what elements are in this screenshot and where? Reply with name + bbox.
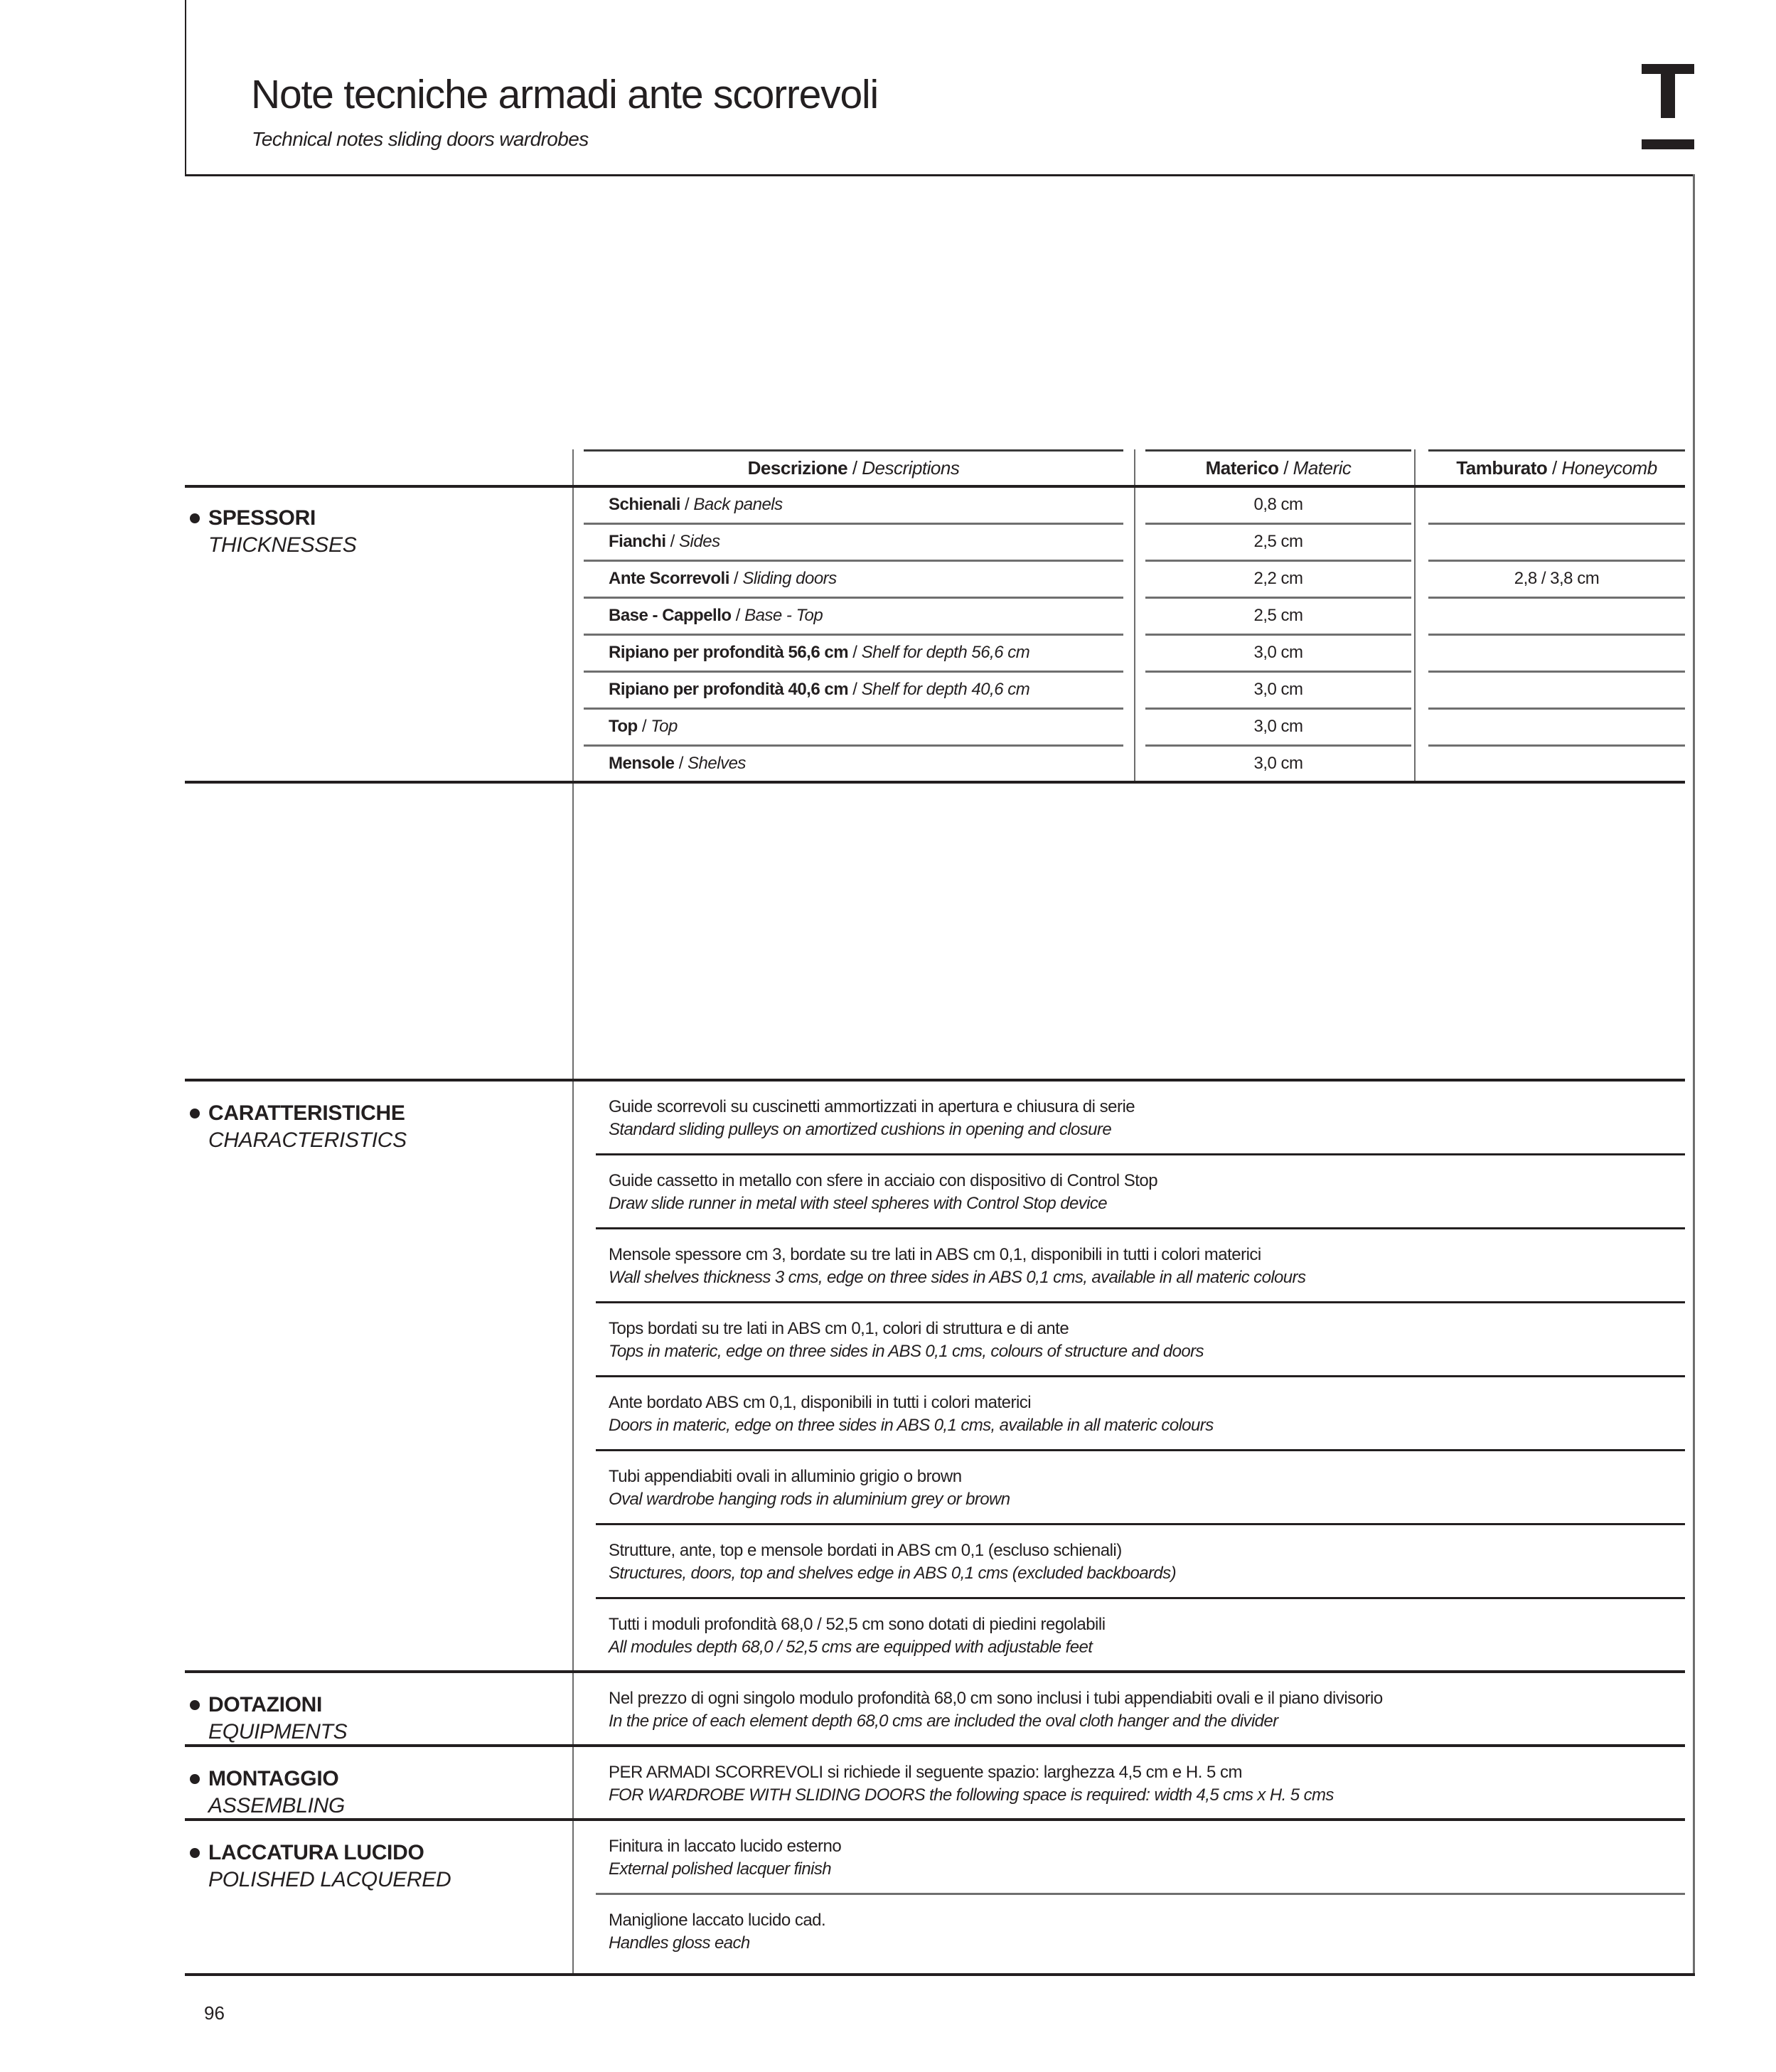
section-top-rule bbox=[185, 1079, 1685, 1082]
note-text-it: Mensole spessore cm 3, bordate su tre la… bbox=[609, 1244, 1675, 1266]
text-en: Sides bbox=[679, 532, 720, 551]
note-text-it: Tutti i moduli profondità 68,0 / 52,5 cm… bbox=[609, 1613, 1675, 1636]
note-text-it: Finitura in laccato lucido esterno bbox=[609, 1835, 1675, 1858]
bullet-icon bbox=[190, 1774, 200, 1784]
note-text-en: Doors in materic, edge on three sides in… bbox=[609, 1414, 1675, 1437]
separator: / bbox=[729, 569, 743, 588]
section-title-it: DOTAZIONI bbox=[208, 1693, 322, 1717]
note-text-en: External polished lacquer finish bbox=[609, 1858, 1675, 1881]
note-rule bbox=[596, 1893, 1685, 1895]
cell-description: Schienali / Back panels bbox=[609, 486, 783, 523]
header-bottom-rule bbox=[185, 174, 1695, 176]
note-text-en: Wall shelves thickness 3 cms, edge on th… bbox=[609, 1266, 1675, 1289]
separator: / bbox=[848, 643, 862, 662]
column-header: Tamburato / Honeycomb bbox=[1428, 449, 1685, 486]
text-it: Ripiano per profondità 40,6 cm bbox=[609, 680, 848, 699]
separator: / bbox=[666, 532, 680, 551]
separator: / bbox=[847, 457, 862, 479]
text-it: Top bbox=[609, 717, 638, 736]
cell-materic: 3,0 cm bbox=[1145, 671, 1411, 708]
cell-honeycomb: 2,8 / 3,8 cm bbox=[1428, 560, 1685, 597]
note-text-it: Nel prezzo di ogni singolo modulo profon… bbox=[609, 1687, 1675, 1710]
text-en: Descriptions bbox=[862, 457, 959, 479]
text-it: Schienali bbox=[609, 495, 680, 514]
column-header: Materico / Materic bbox=[1145, 449, 1411, 486]
separator: / bbox=[1279, 457, 1293, 479]
column-header: Descrizione / Descriptions bbox=[584, 449, 1123, 486]
note-text-it: Ante bordato ABS cm 0,1, disponibili in … bbox=[609, 1392, 1675, 1414]
section-rule bbox=[185, 1744, 1685, 1747]
bullet-icon bbox=[190, 1848, 200, 1858]
note-item: Guide scorrevoli su cuscinetti ammortizz… bbox=[609, 1096, 1675, 1141]
cell-description: Top / Top bbox=[609, 708, 678, 745]
cell-materic: 3,0 cm bbox=[1145, 745, 1411, 782]
note-item: Strutture, ante, top e mensole bordati i… bbox=[609, 1539, 1675, 1585]
note-text-en: Tops in materic, edge on three sides in … bbox=[609, 1340, 1675, 1363]
separator: / bbox=[680, 495, 694, 514]
note-text-it: PER ARMADI SCORREVOLI si richiede il seg… bbox=[609, 1761, 1675, 1784]
text-en: Materic bbox=[1293, 457, 1352, 479]
cell-materic: 3,0 cm bbox=[1145, 634, 1411, 671]
section-title-en: ASSEMBLING bbox=[208, 1794, 345, 1818]
cell-description: Ripiano per profondità 40,6 cm / Shelf f… bbox=[609, 671, 1029, 708]
section-title-it: CARATTERISTICHE bbox=[208, 1101, 405, 1126]
cell-honeycomb bbox=[1428, 708, 1685, 745]
column-divider-honeycomb bbox=[1414, 449, 1416, 782]
note-text-en: Handles gloss each bbox=[609, 1932, 1675, 1955]
section-title-it: LACCATURA LUCIDO bbox=[208, 1841, 424, 1865]
cell-materic: 0,8 cm bbox=[1145, 486, 1411, 523]
note-text-it: Guide scorrevoli su cuscinetti ammortizz… bbox=[609, 1096, 1675, 1118]
page-number: 96 bbox=[204, 2002, 225, 2024]
frame-bottom-rule bbox=[185, 1973, 1695, 1976]
cell-materic: 2,5 cm bbox=[1145, 523, 1411, 560]
column-divider-materic bbox=[1134, 449, 1135, 782]
text-en: Sliding doors bbox=[742, 569, 836, 588]
note-rule bbox=[596, 1375, 1685, 1377]
text-en: Shelves bbox=[688, 754, 746, 773]
bullet-icon bbox=[190, 1109, 200, 1118]
note-text-it: Tubi appendiabiti ovali in alluminio gri… bbox=[609, 1465, 1675, 1488]
note-item: PER ARMADI SCORREVOLI si richiede il seg… bbox=[609, 1761, 1675, 1807]
note-rule bbox=[596, 1449, 1685, 1451]
note-text-it: Strutture, ante, top e mensole bordati i… bbox=[609, 1539, 1675, 1562]
cell-honeycomb bbox=[1428, 523, 1685, 560]
note-text-en: Oval wardrobe hanging rods in aluminium … bbox=[609, 1488, 1675, 1511]
note-item: Nel prezzo di ogni singolo modulo profon… bbox=[609, 1687, 1675, 1733]
page-subtitle: Technical notes sliding doors wardrobes bbox=[252, 128, 589, 151]
cell-materic: 2,2 cm bbox=[1145, 560, 1411, 597]
cell-honeycomb bbox=[1428, 597, 1685, 634]
note-text-en: FOR WARDROBE WITH SLIDING DOORS the foll… bbox=[609, 1784, 1675, 1807]
text-it: Ante Scorrevoli bbox=[609, 569, 729, 588]
text-en: Back panels bbox=[693, 495, 782, 514]
text-en: Top bbox=[651, 717, 678, 736]
section-title-it: SPESSORI bbox=[208, 506, 316, 530]
note-rule bbox=[596, 1597, 1685, 1599]
text-it: Ripiano per profondità 56,6 cm bbox=[609, 643, 848, 662]
text-it: Descrizione bbox=[748, 457, 847, 479]
note-item: Guide cassetto in metallo con sfere in a… bbox=[609, 1170, 1675, 1215]
note-rule bbox=[596, 1153, 1685, 1155]
frame-left-border bbox=[185, 0, 186, 176]
note-item: Tutti i moduli profondità 68,0 / 52,5 cm… bbox=[609, 1613, 1675, 1659]
bullet-icon bbox=[190, 1700, 200, 1710]
text-it: Base - Cappello bbox=[609, 606, 732, 625]
separator: / bbox=[848, 680, 862, 699]
note-text-en: All modules depth 68,0 / 52,5 cms are eq… bbox=[609, 1636, 1675, 1659]
text-it: Mensole bbox=[609, 754, 675, 773]
text-it: Tamburato bbox=[1456, 457, 1547, 479]
separator: / bbox=[675, 754, 688, 773]
section-title-en: POLISHED LACQUERED bbox=[208, 1868, 451, 1892]
note-rule bbox=[596, 1301, 1685, 1303]
text-it: Fianchi bbox=[609, 532, 666, 551]
section-title-en: THICKNESSES bbox=[208, 533, 356, 557]
cell-description: Fianchi / Sides bbox=[609, 523, 720, 560]
note-item: Tubi appendiabiti ovali in alluminio gri… bbox=[609, 1465, 1675, 1511]
separator: / bbox=[1547, 457, 1561, 479]
page-title: Note tecniche armadi ante scorrevoli bbox=[251, 71, 878, 118]
cell-honeycomb bbox=[1428, 671, 1685, 708]
note-text-en: Standard sliding pulleys on amortized cu… bbox=[609, 1118, 1675, 1141]
cell-materic: 3,0 cm bbox=[1145, 708, 1411, 745]
text-en: Shelf for depth 56,6 cm bbox=[862, 643, 1030, 662]
note-item: Tops bordati su tre lati in ABS cm 0,1, … bbox=[609, 1318, 1675, 1363]
separator: / bbox=[638, 717, 651, 736]
note-text-it: Maniglione laccato lucido cad. bbox=[609, 1909, 1675, 1932]
note-text-en: Structures, doors, top and shelves edge … bbox=[609, 1562, 1675, 1585]
note-text-en: In the price of each element depth 68,0 … bbox=[609, 1710, 1675, 1733]
note-text-it: Tops bordati su tre lati in ABS cm 0,1, … bbox=[609, 1318, 1675, 1340]
section-title-it: MONTAGGIO bbox=[208, 1767, 338, 1791]
cell-honeycomb bbox=[1428, 634, 1685, 671]
text-en: Base - Top bbox=[744, 606, 823, 625]
cell-materic: 2,5 cm bbox=[1145, 597, 1411, 634]
section-rule bbox=[185, 1670, 1685, 1673]
cell-honeycomb bbox=[1428, 745, 1685, 782]
note-item: Maniglione laccato lucido cad.Handles gl… bbox=[609, 1909, 1675, 1955]
cell-description: Mensole / Shelves bbox=[609, 745, 746, 782]
note-text-en: Draw slide runner in metal with steel sp… bbox=[609, 1192, 1675, 1215]
cell-description: Ante Scorrevoli / Sliding doors bbox=[609, 560, 837, 597]
text-it: Materico bbox=[1206, 457, 1279, 479]
note-item: Mensole spessore cm 3, bordate su tre la… bbox=[609, 1244, 1675, 1289]
bullet-icon bbox=[190, 513, 200, 523]
text-en: Honeycomb bbox=[1561, 457, 1657, 479]
table-bottom-rule bbox=[185, 781, 1685, 784]
frame-right-border bbox=[1693, 174, 1695, 1976]
section-title-en: EQUIPMENTS bbox=[208, 1720, 347, 1744]
cell-description: Base - Cappello / Base - Top bbox=[609, 597, 823, 634]
section-title-en: CHARACTERISTICS bbox=[208, 1128, 407, 1153]
note-item: Ante bordato ABS cm 0,1, disponibili in … bbox=[609, 1392, 1675, 1437]
note-text-it: Guide cassetto in metallo con sfere in a… bbox=[609, 1170, 1675, 1192]
note-rule bbox=[596, 1523, 1685, 1525]
text-en: Shelf for depth 40,6 cm bbox=[862, 680, 1030, 699]
cell-description: Ripiano per profondità 56,6 cm / Shelf f… bbox=[609, 634, 1029, 671]
note-rule bbox=[596, 1227, 1685, 1229]
separator: / bbox=[732, 606, 745, 625]
section-rule bbox=[185, 1818, 1685, 1821]
cell-honeycomb bbox=[1428, 486, 1685, 523]
note-item: Finitura in laccato lucido esternoExtern… bbox=[609, 1835, 1675, 1881]
